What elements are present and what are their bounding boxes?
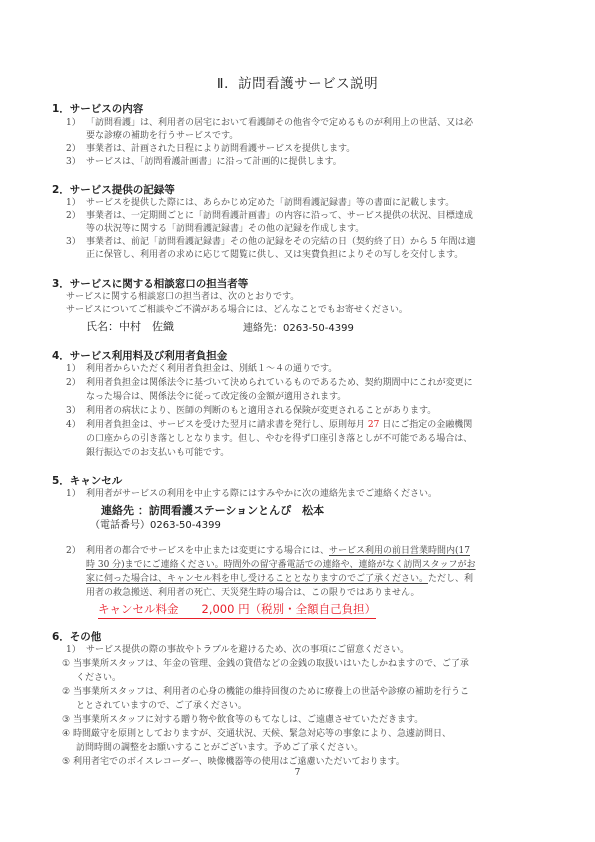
s4-item-3-num: 3） <box>66 405 81 417</box>
s2-item-2-line-2: 等の状況等に関する「訪問看護記録書」その他の記録を作成します。 <box>86 223 364 235</box>
s5-item-2-underline-c: 家に伺った場合は、キャンセル料を申し受けることとなりますのでご了承ください。 <box>86 574 428 584</box>
s5-item-2-underline-a: サービス利用の前日営業時間内(17 <box>329 546 470 556</box>
s3-line-2: サービスについてご相談やご不満がある場合には、どんなことでもお寄せください。 <box>66 304 408 316</box>
note-1-mark: ① <box>62 658 70 670</box>
section-6-heading: 6．その他 <box>52 629 101 644</box>
s4-item-2-num: 2） <box>66 377 81 389</box>
s2-item-2-num: 2） <box>66 210 81 222</box>
note-2-line-1: 当事業所スタッフは、利用者の心身の機能の維持回復のために療養上の世話や診療の補助… <box>73 686 469 698</box>
page-number: 7 <box>0 768 595 778</box>
section-2-heading: 2．サービス提供の記録等 <box>52 182 175 197</box>
s4-item-3-line-1: 利用者の病状により、医師の判断のもと適用される保険が変更されることがあります。 <box>86 405 436 417</box>
s5-item-2-text-c: ただし、利 <box>428 574 473 584</box>
section-3-heading: 3．サービスに関する相談窓口の担当者等 <box>52 276 248 291</box>
s4-item-4-num: 4） <box>66 419 81 431</box>
contact-person-name: 氏名：中村 佐織 <box>86 318 174 334</box>
s2-item-1-num: 1） <box>66 197 81 209</box>
s1-item-2-num: 2） <box>66 143 81 155</box>
s1-item-3-num: 3） <box>66 156 81 168</box>
s1-item-1-line-2: 要な診療の補助を行うサービスです。 <box>86 130 238 142</box>
section-1-heading: 1．サービスの内容 <box>52 101 143 116</box>
s4-item-4-line-3: 銀行振込でのお支払いも可能です。 <box>86 447 229 459</box>
contact-person-phone: 連絡先：0263-50-4399 <box>243 319 354 334</box>
note-1-line-1: 当事業所スタッフは、年金の管理、金銭の貸借などの金銭の取扱いはいたしかねますので… <box>73 658 469 670</box>
note-5-line-1: 利用者宅でのボイスレコーダー、映像機器等の使用はご遠慮いただいております。 <box>73 756 405 768</box>
s5-item-2-line-1: 利用者の都合でサービスを中止または変更にする場合には、サービス利用の前日営業時間… <box>86 545 470 557</box>
s2-item-1-line-1: サービスを提供した際には、あらかじめ定めた「訪問看護記録書」等の書面に記載します… <box>86 197 454 209</box>
s2-item-3-line-1: 事業者は、前記「訪問看護記録書」その他の記録をその完結の日（契約終了日）から 5… <box>86 236 475 248</box>
s2-item-3-num: 3） <box>66 236 81 248</box>
s5-item-2-line-3: 家に伺った場合は、キャンセル料を申し受けることとなりますのでご了承ください。ただ… <box>86 573 473 585</box>
s3-line-1: サービスに関する相談窓口の担当者は、次のとおりです。 <box>66 291 299 303</box>
s1-item-1-line-1: 「訪問看護」は、利用者の居宅において看護師その他省令で定めるものが利用上の世話、… <box>86 117 473 129</box>
s6-item-1-text: サービス提供の際の事故やトラブルを避けるため、次の事項にご留意ください。 <box>86 644 409 656</box>
note-2-mark: ② <box>62 686 70 698</box>
note-4-line-1: 時間厳守を原則としておりますが、交通状況、天候、緊急対応等の事象により、急遽訪問… <box>73 728 451 740</box>
note-3-mark: ③ <box>62 714 70 726</box>
s2-item-2-line-1: 事業者は、一定期間ごとに「訪問看護計画書」の内容に沿って、サービス提供の状況、目… <box>86 210 473 222</box>
s4-item-4-text-b: 日にご指定の金融機関 <box>379 420 472 430</box>
s5-item-2-line-4: 用者の救急搬送、利用者の死亡、天災発生時の場合は、この限りではありません。 <box>86 587 420 599</box>
note-2-line-2: ととされていますので、ご了承ください。 <box>76 700 247 712</box>
s6-item-1-num: 1） <box>66 644 81 656</box>
note-5-mark: ⑤ <box>62 756 70 768</box>
s4-item-4-text-a: 利用者負担金は、サービスを受けた翌月に請求書を発行し、原則毎月 <box>86 420 368 430</box>
s4-item-2-line-1: 利用者負担金は関係法令に基づいて決められているものであるため、契約期間中にこれが… <box>86 377 473 389</box>
billing-day: 27 <box>368 420 379 430</box>
s1-item-3-line-1: サービスは、「訪問看護計画書」に沿って計画的に提供します。 <box>86 156 342 168</box>
s4-item-4-line-1: 利用者負担金は、サービスを受けた翌月に請求書を発行し、原則毎月 27 日にご指定… <box>86 419 472 431</box>
note-3-line-1: 当事業所スタッフに対する贈り物や飲食等のもてなしは、ご遠慮させていただきます。 <box>73 714 423 726</box>
s4-item-1-line-1: 利用者からいただく利用者負担金は、別紙１～４の通りです。 <box>86 363 337 375</box>
s4-item-1-num: 1） <box>66 363 81 375</box>
note-4-line-2: 訪問時間の調整をお願いすることがございます。予めご了承ください。 <box>76 742 363 754</box>
s1-item-2-line-1: 事業者は、計画された日程により訪問看護サービスを提供します。 <box>86 143 355 155</box>
document-page: Ⅱ．訪問看護サービス説明 1．サービスの内容 1） 「訪問看護」は、利用者の居宅… <box>0 0 595 842</box>
s5-item-1-text: 利用者がサービスの利用を中止する際にはすみやかに次の連絡先までご連絡ください。 <box>86 488 437 500</box>
s5-item-2-num: 2） <box>66 545 81 557</box>
s4-item-4-line-2: の口座からの引き落としとなります。但し、やむを得ず口座引き落としが不可能である場… <box>86 433 472 445</box>
note-4-mark: ④ <box>62 728 70 740</box>
s4-item-2-line-2: なった場合は、関係法令に従って改定後の金額が適用されます。 <box>86 391 346 403</box>
s5-item-2-text-a: 利用者の都合でサービスを中止または変更にする場合には、 <box>86 546 329 556</box>
cancellation-fee: キャンセル料金 2,000 円（税別・全額自己負担） <box>98 601 376 619</box>
s2-item-3-line-2: 正に保管し、利用者の求めに応じて閲覧に供し、又は実費負担によりその写しを交付しま… <box>86 249 463 261</box>
section-4-heading: 4．サービス利用料及び利用者負担金 <box>52 348 227 363</box>
note-1-line-2: ください。 <box>76 672 121 684</box>
cancel-phone: （電話番号）0263-50-4399 <box>90 516 221 531</box>
s1-item-1-num: 1） <box>66 117 81 129</box>
s5-item-1-num: 1） <box>66 488 81 500</box>
page-title: Ⅱ．訪問看護サービス説明 <box>0 72 595 92</box>
s5-item-2-line-2: 時 30 分)までにご連絡ください。時間外の留守番電話での連絡や、連絡がなく訪問… <box>86 559 476 571</box>
section-5-heading: 5．キャンセル <box>52 473 122 488</box>
